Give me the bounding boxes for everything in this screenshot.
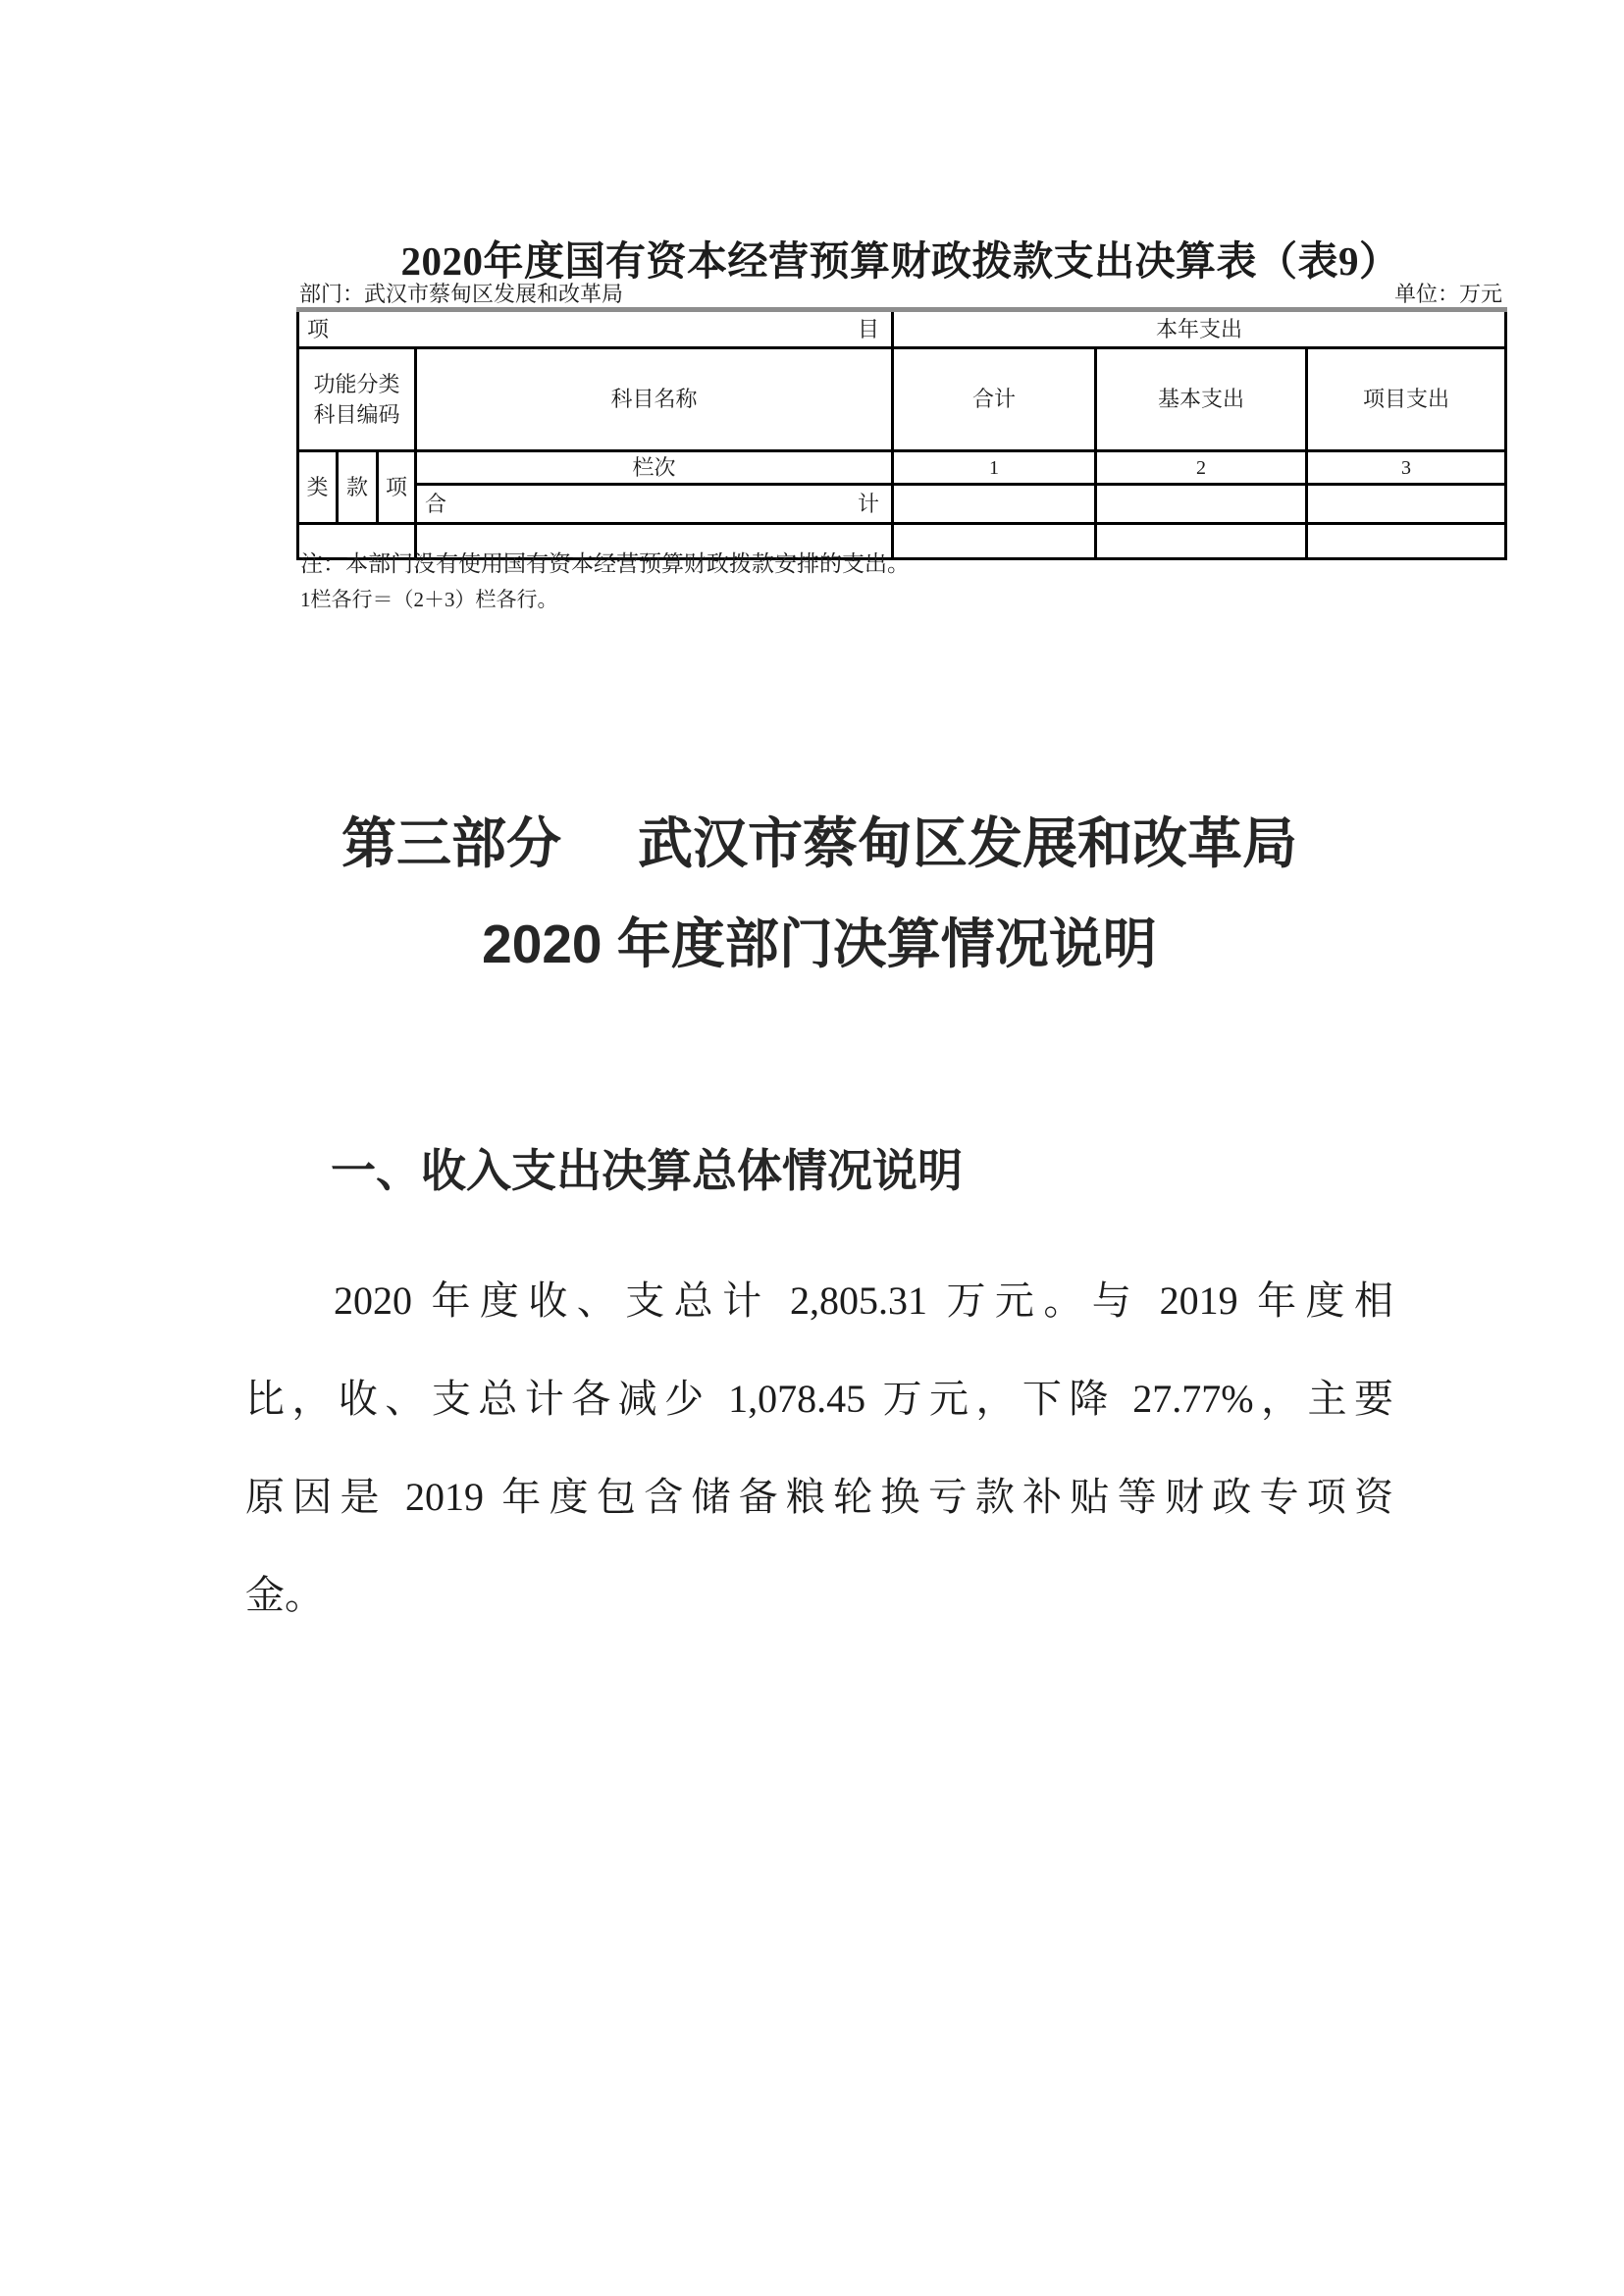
current-year-expense-header: 本年支出 [893, 310, 1506, 348]
total-row-label-cell: 合 计 [416, 485, 893, 524]
func-class-line1: 功能分类 [299, 369, 414, 399]
lei-header: 类 [298, 451, 338, 524]
expense-table-grid: 项 目 本年支出 功能分类 科目编码 科目名称 合计 基本支出 项目支出 类 款 [296, 307, 1507, 560]
part-heading-label: 第三部分 [341, 812, 561, 874]
empty-total-cell [893, 524, 1096, 559]
total-right-label: 计 [858, 491, 879, 518]
item-left-label: 项 [307, 316, 329, 343]
part-heading-line2: 2020 年度部门决算情况说明 [245, 897, 1393, 991]
table-row-column-headers: 功能分类 科目编码 科目名称 合计 基本支出 项目支出 [298, 348, 1506, 451]
column-index-2: 2 [1096, 451, 1307, 485]
total-header: 合计 [893, 348, 1096, 451]
empty-basic-cell [1096, 524, 1307, 559]
total-row-spread: 合 计 [417, 491, 891, 518]
unit-label: 单位：万元 [1394, 282, 1502, 307]
body-line-2: 比，收、支总计各减少 1,078.45 万元，下降 27.77%，主要 [245, 1350, 1393, 1448]
part-heading-line1: 第三部分武汉市蔡甸区发展和改革局 [245, 797, 1393, 891]
item-header-cell: 项 目 [298, 310, 893, 348]
expense-table: 项 目 本年支出 功能分类 科目编码 科目名称 合计 基本支出 项目支出 类 款 [296, 307, 1507, 560]
column-index-3: 3 [1307, 451, 1506, 485]
table-note-2: 1栏各行＝（2＋3）栏各行。 [300, 585, 558, 614]
part-heading-title: 武汉市蔡甸区发展和改革局 [638, 812, 1297, 874]
empty-project-cell [1307, 524, 1506, 559]
table-row-column-index: 类 款 项 栏次 1 2 3 [298, 451, 1506, 485]
table-row-total: 合 计 [298, 485, 1506, 524]
subject-name-header: 科目名称 [416, 348, 893, 451]
body-paragraph: 2020 年度收、支总计 2,805.31 万元。与 2019 年度相 比，收、… [245, 1252, 1393, 1644]
basic-expense-header: 基本支出 [1096, 348, 1307, 451]
total-row-project-value [1307, 485, 1506, 524]
body-line-1: 2020 年度收、支总计 2,805.31 万元。与 2019 年度相 [245, 1252, 1393, 1350]
document-page: 2020年度国有资本经营预算财政拨款支出决算表（表9） 部门：武汉市蔡甸区发展和… [0, 0, 1624, 2296]
table-row-item-header: 项 目 本年支出 [298, 310, 1506, 348]
project-expense-header: 项目支出 [1307, 348, 1506, 451]
column-index-label: 栏次 [416, 451, 893, 485]
table-meta-row: 部门：武汉市蔡甸区发展和改革局 单位：万元 [299, 282, 1502, 307]
table-note-1: 注：本部门没有使用国有资本经营预算财政拨款安排的支出。 [300, 549, 910, 579]
total-row-basic-value [1096, 485, 1307, 524]
xiang-header: 项 [378, 451, 416, 524]
table-title: 2020年度国有资本经营预算财政拨款支出决算表（表9） [296, 235, 1504, 287]
item-header-spread: 项 目 [299, 316, 891, 343]
total-left-label: 合 [425, 491, 446, 518]
func-class-code-header: 功能分类 科目编码 [298, 348, 416, 451]
body-line-4: 金。 [245, 1546, 1393, 1644]
func-class-line2: 科目编码 [299, 399, 414, 430]
section-heading: 一、收入支出决算总体情况说明 [331, 1141, 963, 1200]
body-line-3: 原因是 2019 年度包含储备粮轮换亏款补贴等财政专项资 [245, 1448, 1393, 1546]
total-row-total-value [893, 485, 1096, 524]
item-right-label: 目 [858, 316, 879, 343]
column-index-1: 1 [893, 451, 1096, 485]
department-label: 部门：武汉市蔡甸区发展和改革局 [299, 282, 623, 307]
kuan-header: 款 [338, 451, 378, 524]
